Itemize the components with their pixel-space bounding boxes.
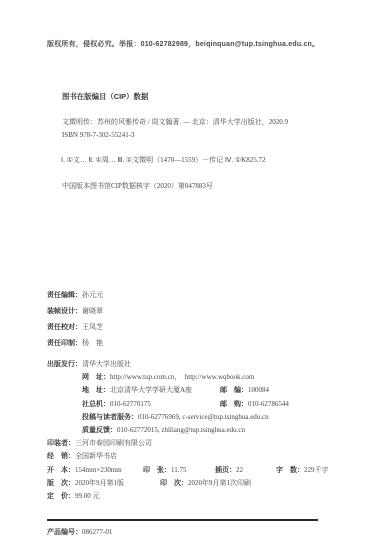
product-number-label: 产品编号： (47, 529, 82, 536)
distributor-label: 经 销： (47, 453, 75, 460)
format-value: 154mm×230mm (75, 466, 122, 474)
distributor-row: 经 销：全国新华书店 (47, 451, 269, 464)
staff-value: 杨 艳 (82, 339, 103, 347)
format-label: 开 本： (47, 467, 75, 474)
switchboard-row: 社总机：010-62770175邮 购：010-62786544 (47, 399, 269, 412)
colophon-page: 版权所有，侵权必究。举报：010-62782989，beiqinquan@tup… (0, 0, 375, 558)
reader-service-row: 投稿与读者服务：010-62776969, c-service@tup.tsin… (47, 412, 269, 425)
edition-row: 版 次：2020年9月第1版印 次：2020年9月第1次印刷 (47, 478, 269, 491)
inserts-cell: 插页：22 (215, 465, 243, 475)
quality-feedback-label: 质量反馈： (82, 427, 117, 434)
copyright-notice: 版权所有，侵权必究。举报：010-62782989，beiqinquan@tup… (47, 39, 357, 49)
postcode-value: 100084 (248, 386, 269, 394)
cip-title-line: 文徵明传：苏州的风雅传奇 / 周文翰著. — 北京：清华大学出版社，2020.9 (62, 117, 288, 127)
inserts-value: 22 (236, 466, 243, 474)
publisher-label: 出版发行： (47, 361, 82, 368)
address-row: 地 址：北京清华大学学研大厦A座邮 编：100084 (47, 385, 269, 398)
mailorder-value: 010-62786544 (248, 400, 289, 408)
staff-row-proofreader: 责任校对：王凤芝 (47, 322, 103, 338)
staff-row-designer: 装帧设计：谢晓翠 (47, 306, 103, 322)
footer-divider-rule (47, 519, 318, 521)
sheets-cell: 印 张：11.75 (143, 465, 187, 475)
distributor-value: 全国新华书店 (75, 452, 117, 460)
words-label: 字 数： (276, 467, 304, 474)
sheets-label: 印 张： (143, 467, 171, 474)
product-number-row: 产品编号：086277-01 (47, 527, 112, 537)
sheets-value: 11.75 (171, 466, 187, 474)
price-label: 定 价： (47, 493, 75, 500)
words-value: 229千字 (304, 466, 329, 474)
cip-isbn-line: ISBN 978-7-302-55241-3 (62, 131, 135, 139)
switchboard-label: 社总机： (82, 401, 110, 408)
switchboard-value: 010-62770175 (110, 400, 151, 408)
cip-heading: 图书在版编目（CIP）数据 (62, 91, 352, 102)
website-value: http://www.tup.com.cn， http://www.wqbook… (110, 373, 254, 381)
quality-feedback-row: 质量反馈：010-62772015, zhiliang@tup.tsinghua… (47, 425, 269, 438)
inserts-label: 插页： (215, 467, 236, 474)
mailorder-cell: 邮 购：010-62786544 (220, 399, 289, 409)
printer-row: 印装者：三河市春园印刷有限公司 (47, 438, 269, 451)
address-label: 地 址： (82, 387, 110, 394)
staff-row-printing: 责任印制：杨 艳 (47, 338, 103, 354)
staff-value: 王凤芝 (82, 323, 103, 331)
staff-label: 责任编辑： (47, 292, 82, 299)
publisher-value: 清华大学出版社 (82, 360, 131, 368)
cip-record-number-line: 中国版本图书馆CIP数据核字（2020）第047883号 (62, 181, 213, 191)
edition-value: 2020年9月第1版 (75, 479, 124, 487)
impression-label: 印 次： (160, 480, 188, 487)
staff-label: 装帧设计： (47, 308, 82, 315)
publisher-row: 出版发行：清华大学出版社 (47, 359, 269, 372)
product-number-value: 086277-01 (82, 528, 112, 536)
words-cell: 字 数：229千字 (276, 465, 329, 475)
publishing-info-block: 出版发行：清华大学出版社 网 址：http://www.tup.com.cn， … (47, 359, 269, 504)
website-label: 网 址： (82, 374, 110, 381)
edition-label: 版 次： (47, 480, 75, 487)
printer-value: 三河市春园印刷有限公司 (75, 439, 152, 447)
reader-service-label: 投稿与读者服务： (82, 414, 138, 421)
price-value: 99.00 元 (75, 492, 100, 500)
staff-credits-block: 责任编辑：孙元元 装帧设计：谢晓翠 责任校对：王凤芝 责任印制：杨 艳 (47, 290, 103, 354)
staff-row-editor: 责任编辑：孙元元 (47, 290, 103, 306)
reader-service-value: 010-62776969, c-service@tup.tsinghua.edu… (138, 413, 269, 421)
mailorder-label: 邮 购： (220, 401, 248, 408)
printer-label: 印装者： (47, 440, 75, 447)
format-row: 开 本：154mm×230mm印 张：11.75插页：22字 数：229千字 (47, 465, 269, 478)
quality-feedback-value: 010-62772015, zhiliang@tup.tsinghua.edu.… (117, 426, 245, 434)
staff-label: 责任校对： (47, 324, 82, 331)
impression-cell: 印 次：2020年9月第1次印刷 (160, 478, 251, 488)
cip-data-block: 图书在版编目（CIP）数据 文徵明传：苏州的风雅传奇 / 周文翰著. — 北京：… (62, 91, 352, 102)
website-row: 网 址：http://www.tup.com.cn， http://www.wq… (47, 372, 269, 385)
staff-label: 责任印制： (47, 340, 82, 347)
address-value: 北京清华大学学研大厦A座 (110, 386, 192, 394)
postcode-cell: 邮 编：100084 (220, 385, 269, 395)
postcode-label: 邮 编： (220, 387, 248, 394)
staff-value: 孙元元 (82, 291, 103, 299)
impression-value: 2020年9月第1次印刷 (188, 479, 251, 487)
price-row: 定 价：99.00 元 (47, 491, 269, 504)
cip-classification-line: Ⅰ. ①文… Ⅱ. ①周… Ⅲ. ①文徵明（1470—1559）－传记 Ⅳ. ①… (61, 155, 265, 165)
staff-value: 谢晓翠 (82, 307, 103, 315)
